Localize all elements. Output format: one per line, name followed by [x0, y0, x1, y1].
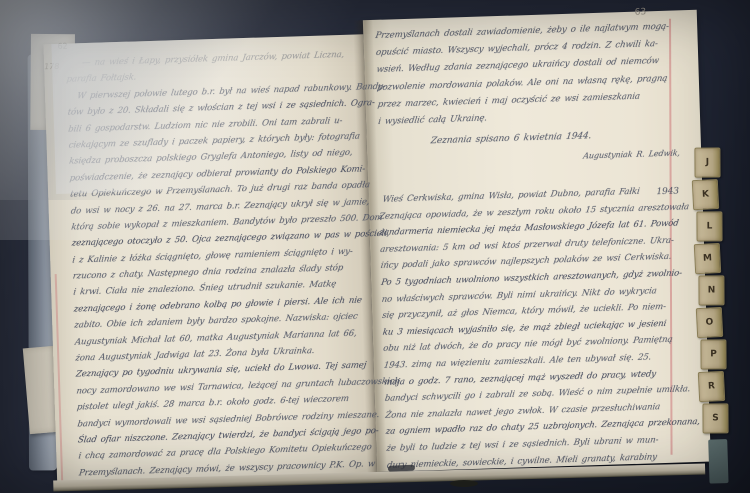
index-tab: K	[692, 179, 719, 210]
index-tab: R	[698, 371, 725, 402]
index-tab: O	[696, 307, 723, 338]
index-tab: M	[694, 243, 721, 274]
book-cover-edge	[708, 439, 728, 484]
shadow-smudge	[450, 480, 478, 487]
glass-glare-haze	[0, 0, 430, 240]
index-tab: L	[696, 211, 722, 241]
index-tab: N	[698, 275, 724, 305]
index-tab: S	[702, 403, 728, 433]
index-tab: P	[700, 339, 726, 369]
right-page-number: 63	[635, 7, 647, 17]
index-tab: J	[694, 147, 720, 177]
